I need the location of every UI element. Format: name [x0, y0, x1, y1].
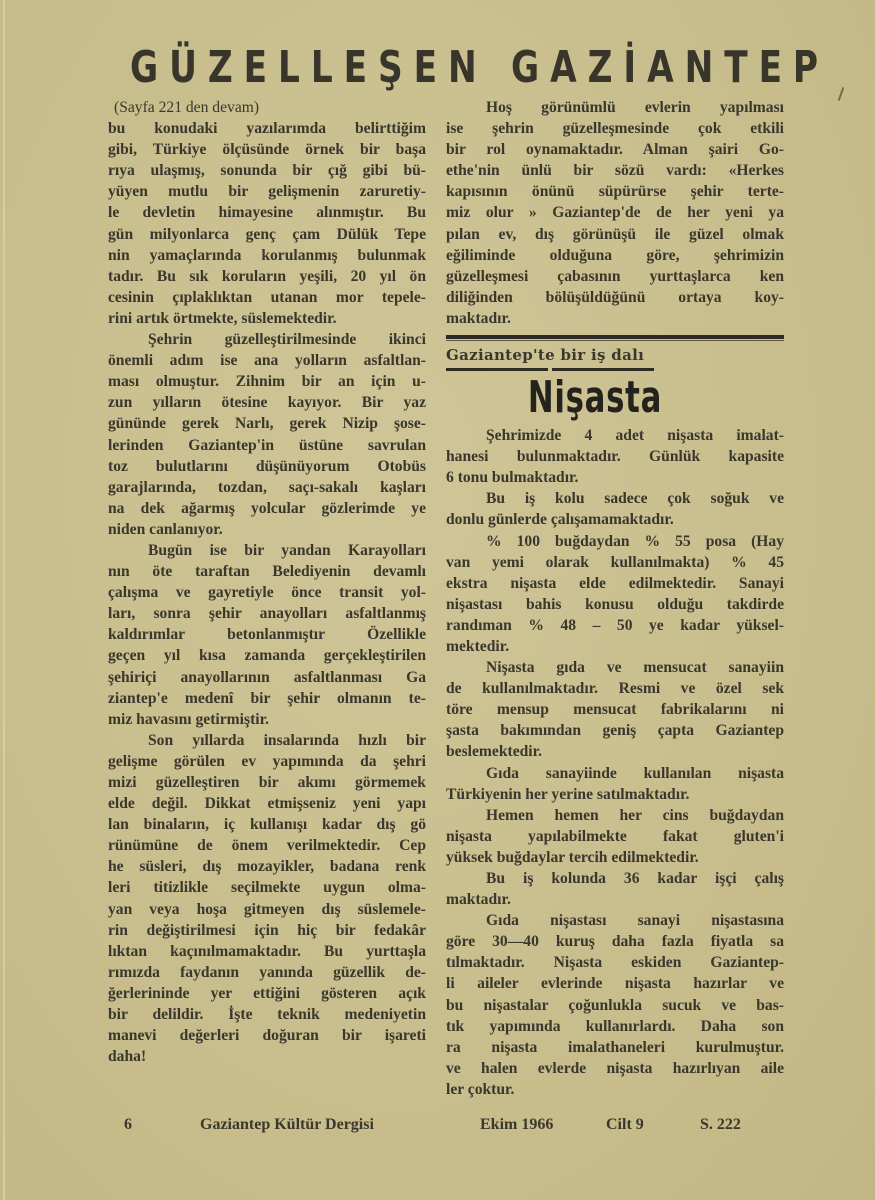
text-line: rini artık örtmekte, süslemektedir. [108, 308, 426, 329]
text-line: na dek ağarmış yolcular gözlerimde ye [108, 498, 426, 519]
text-line: rımızda faydanın yanında güzellik de- [108, 962, 426, 983]
text-line: töre mensup mensucat fabrikalarını ni [446, 699, 784, 720]
text-line: yüksek buğdaylar tercih edilmektedir. [446, 847, 784, 868]
text-line: Gıda nişastası sanayi nişastasına [446, 910, 784, 931]
text-line: manevi değerleri doğuran bir işareti [108, 1025, 426, 1046]
text-line: van yemi olarak kullanılmakta) % 45 [446, 552, 784, 573]
text-line: daha! [108, 1046, 426, 1067]
text-line: diliğinden bölüşüldüğünü ortaya koy- [446, 287, 784, 308]
paragraph: Hemen hemen her cins buğdaydannişasta ya… [446, 805, 784, 868]
text-line: mizi güzelleştiren bir akımı görmemek [108, 772, 426, 793]
page-number: 6 [124, 1116, 132, 1134]
text-line: yüyen mutlu bir gelişmenin zaruretiy- [108, 181, 426, 202]
section-label-underline [446, 368, 654, 371]
text-line: yan veya hoşa gitmeyen dış süslemele- [108, 899, 426, 920]
title-word-2: GAZİANTEP [511, 42, 829, 93]
text-line: geçen yıl kısa zamanda gerçekleştirilen [108, 645, 426, 666]
text-line: toz bulutlarını düşünüyorum Otobüs [108, 456, 426, 477]
text-line: li aileler evlerinde nişasta hazırlar ve [446, 973, 784, 994]
text-line: bu nişastalar çoğunlukla sucuk ve bas- [446, 995, 784, 1016]
paragraph: % 100 buğdaydan % 55 posa (Hayvan yemi o… [446, 531, 784, 658]
text-line: maktadır. [446, 308, 784, 329]
text-line: miz olur » Gaziantep'de de her yeni ya [446, 202, 784, 223]
text-line: Nişasta gıda ve mensucat sanayiin [446, 657, 784, 678]
text-line: gelişme görülen ev yapımında da şehri [108, 751, 426, 772]
issue-number: S. 222 [700, 1116, 741, 1134]
text-line: nişasta yapılabilmekte fakat gluten'i [446, 826, 784, 847]
text-line: ler çoktur. [446, 1079, 784, 1100]
text-line: rünümüne de önem verilmektedir. Cep [108, 835, 426, 856]
text-line: Hoş görünümlü evlerin yapılması [446, 97, 784, 118]
page-edge [3, 0, 5, 1200]
text-line: ve halen evlerde nişasta hazırlıyan aile [446, 1058, 784, 1079]
text-line: kapısının önünü süpürürse şehir terte- [446, 181, 784, 202]
text-line: leri titizlikle seçilmekte uygun olma- [108, 877, 426, 898]
paragraph: Son yıllarda insalarında hızlı birgelişm… [108, 730, 426, 1068]
text-line: le devletin himayesine alınmıştır. Bu [108, 202, 426, 223]
text-line: ları, sonra şehir anayolları asfaltlanmı… [108, 603, 426, 624]
text-line: tadır. Bu sık koruların yeşili, 20 yıl ö… [108, 266, 426, 287]
text-line: nın öte taraftan Belediyenin devamlı [108, 561, 426, 582]
text-line: de kullanılmaktadır. Resmi ve özel sek [446, 678, 784, 699]
paragraph: bu konudaki yazılarımda belirttiğimgibi,… [108, 118, 426, 329]
text-line: hanesi bulunmaktadır. Günlük kapasite [446, 446, 784, 467]
text-line: Gıda sanayiinde kullanılan nişasta [446, 763, 784, 784]
paragraph: Gıda sanayiinde kullanılan nişastaTürkiy… [446, 763, 784, 805]
text-line: beslemektedir. [446, 741, 784, 762]
section-divider [446, 335, 784, 339]
right-column: Hoş görünümlü evlerin yapılmasıise şehri… [446, 97, 784, 1100]
text-line: Son yıllarda insalarında hızlı bir [108, 730, 426, 751]
text-line: ethe'nin ünlü bir sözü vardı: «Herkes [446, 160, 784, 181]
text-line: Şehrimizde 4 adet nişasta imalat- [446, 425, 784, 446]
text-line: bir delildir. İşte teknik medeniyetin [108, 1004, 426, 1025]
text-line: Hemen hemen her cins buğdaydan [446, 805, 784, 826]
text-line: miz havasını getirmiştir. [108, 709, 426, 730]
text-line: rin değiştirilmesi için hiç bir fedakâr [108, 920, 426, 941]
text-line: garajlarında, tozdan, saçı-sakalı kaşlar… [108, 477, 426, 498]
text-line: elde değil. Dikkat etmişseniz yeni yapı [108, 793, 426, 814]
text-line: önemli adım ise ana yolların asfaltlan- [108, 350, 426, 371]
text-line: % 100 buğdaydan % 55 posa (Hay [446, 531, 784, 552]
title-word-1: GÜZELLEŞEN [130, 42, 488, 93]
paragraph: Bugün ise bir yandan Karayollarının öte … [108, 540, 426, 730]
paragraph: Bu iş kolu sadece çok soğuk vedonlu günl… [446, 488, 784, 530]
page-title: GÜZELLEŞENGAZİANTEP [130, 38, 598, 98]
text-line: kaldırımlar betonlanmıştır Özellikle [108, 624, 426, 645]
text-line: ziantep'e medenî bir şehir olmanın te- [108, 688, 426, 709]
text-line: lerinden Gaziantep'in üstüne savrulan [108, 435, 426, 456]
text-line: ise şehrin güzelleşmesinde çok etkili [446, 118, 784, 139]
text-line: Bugün ise bir yandan Karayolları [108, 540, 426, 561]
volume-number: Cilt 9 [606, 1116, 644, 1134]
paragraph: Nişasta gıda ve mensucat sanayiinde kull… [446, 657, 784, 762]
text-line: gününde gerek Narlı, gerek Nizip şose- [108, 413, 426, 434]
text-line: şehiriçi anayollarının asfaltlanması Ga [108, 667, 426, 688]
intro-paragraph: Hoş görünümlü evlerin yapılmasıise şehri… [446, 97, 784, 329]
text-line: gün milyonlarca genç çam Dülük Tepe [108, 224, 426, 245]
text-line: randıman % 48 – 50 ye kadar yüksel- [446, 615, 784, 636]
section-divider-thin [446, 340, 784, 341]
text-line: niden canlanıyor. [108, 519, 426, 540]
text-line: tılmaktadır. Nişasta eskiden Gaziantep- [446, 952, 784, 973]
text-line: donlu günlerde çalışamamaktadır. [446, 509, 784, 530]
text-line: ekstra nişasta elde edilmektedir. Sanayi [446, 573, 784, 594]
text-line: 6 tonu bulmaktadır. [446, 467, 784, 488]
text-line: lan binaların, iç kullanışı kadar dış gö [108, 814, 426, 835]
text-line: pılan ev, dış görünüşü ile güzel olmak [446, 224, 784, 245]
text-line: Türkiyenin her yerine satılmaktadır. [446, 784, 784, 805]
text-line: cesinin çıplaklıktan utanan mor tepele- [108, 287, 426, 308]
text-line: Bu iş kolunda 36 kadar işçi çalış [446, 868, 784, 889]
text-line: rıya ulaşmış, sonunda bir çığ gibi bü- [108, 160, 426, 181]
text-line: nin yamaçlarında korulanmış bulunmak [108, 245, 426, 266]
text-line: ğerlerininde yer ettiğini gösteren açık [108, 983, 426, 1004]
left-column: (Sayfa 221 den devam) bu konudaki yazıla… [108, 97, 426, 1067]
text-line: tık yapımında kullanırlardı. Daha son [446, 1016, 784, 1037]
issue-date: Ekim 1966 [480, 1116, 553, 1134]
section-label: Gaziantep'te bir iş dalı [446, 345, 784, 365]
text-line: çalışma ve gayretiyle önce transit yol- [108, 582, 426, 603]
text-line: zun yılların ötesine kayıyor. Bir yaz [108, 392, 426, 413]
text-line: he süsleri, dış mozayikler, badana renk [108, 856, 426, 877]
text-line: ması olmuştur. Zihnim bir an için u- [108, 371, 426, 392]
text-line: bir rol oynamaktadır. Alman şairi Go- [446, 139, 784, 160]
text-line: bu konudaki yazılarımda belirttiğim [108, 118, 426, 139]
text-line: Şehrin güzelleştirilmesinde ikinci [108, 329, 426, 350]
text-line: maktadır. [446, 889, 784, 910]
article-body: Şehrimizde 4 adet nişasta imalat-hanesi … [446, 425, 784, 1100]
paragraph: Şehrin güzelleştirilmesinde ikinciönemli… [108, 329, 426, 540]
text-line: şasta bakımından geniş çapta Gaziantep [446, 720, 784, 741]
paragraph: Şehrimizde 4 adet nişasta imalat-hanesi … [446, 425, 784, 488]
text-line: mektedir. [446, 636, 784, 657]
text-line: göre 30—40 kuruş daha fazla fiyatla sa [446, 931, 784, 952]
text-line: ra nişasta imalathaneleri kurulmuştur. [446, 1037, 784, 1058]
article-headline: Nişasta [463, 373, 728, 425]
text-line: lıktan kaçınılmamaktadır. Bu yurttaşla [108, 941, 426, 962]
text-line: gibi, Türkiye ölçüsünde örnek bir başa [108, 139, 426, 160]
paragraph: Bu iş kolunda 36 kadar işçi çalışmaktadı… [446, 868, 784, 910]
continued-note: (Sayfa 221 den devam) [108, 97, 426, 118]
paragraph: Gıda nişastası sanayi nişastasınagöre 30… [446, 910, 784, 1100]
text-line: güzelleşmesi çabasının yurttaşlarca ken [446, 266, 784, 287]
text-line: eğiliminde olduğuna göre, şehrimizin [446, 245, 784, 266]
text-line: Bu iş kolu sadece çok soğuk ve [446, 488, 784, 509]
publication-name: Gaziantep Kültür Dergisi [200, 1116, 374, 1134]
text-line: nişastası bahis konusu olduğu takdirde [446, 594, 784, 615]
